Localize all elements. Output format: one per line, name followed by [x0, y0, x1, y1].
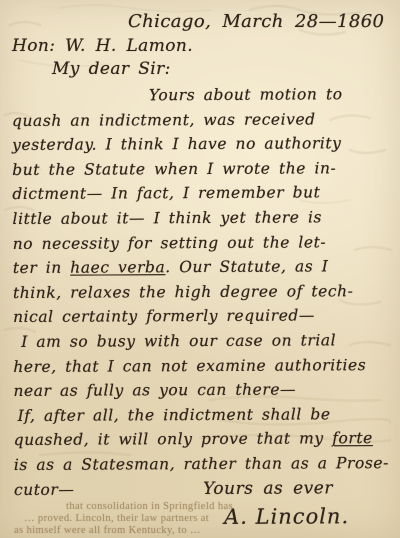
body-line: ter in haec verba. Our Statute, as I: [13, 254, 400, 281]
signature: A. Lincoln.: [1, 501, 349, 533]
body-line: quashed, it will only prove that my fort…: [14, 426, 400, 453]
body-line: I am so busy with our case on trial: [21, 328, 400, 355]
letter-body: Yours about motion to quash an indictmen…: [0, 82, 400, 533]
body-line-text: ter in: [13, 259, 71, 277]
body-line: dictment— In fact, I remember but: [12, 180, 399, 207]
body-line: cutor—: [14, 477, 75, 502]
salutation: My dear Sir:: [52, 58, 400, 81]
body-line: near as fully as you can there—: [13, 377, 400, 404]
dateline: Chicago, March 28—1860: [128, 0, 400, 35]
body-line: think, relaxes the high degree of tech-: [13, 279, 400, 306]
closing-row: cutor— Yours as ever: [1, 475, 400, 502]
body-line: is as a Statesman, rather than as a Pros…: [14, 451, 400, 478]
closing: Yours as ever: [203, 476, 333, 502]
body-line: little about it— I think yet there is: [12, 205, 399, 232]
body-line: Yours about motion to: [149, 82, 399, 108]
body-line: If, after all, the indictment shall be: [18, 402, 400, 429]
body-line: but the Statute when I wrote the in-: [12, 156, 399, 183]
recipient-line: Hon: W. H. Lamon.: [12, 35, 400, 58]
body-line: quash an indictment, was received: [12, 107, 399, 134]
letter-ink-layer: Chicago, March 28—1860 Hon: W. H. Lamon.…: [0, 0, 400, 532]
letter-page: that consolidation in Springfield has … …: [0, 0, 400, 538]
underlined-word: haec verba: [70, 258, 165, 276]
body-line-text: quashed, it will only prove that my: [14, 430, 333, 450]
body-line: nical certainty formerly required—: [13, 303, 400, 330]
body-line-text: . Our Statute, as I: [165, 257, 328, 276]
body-line: no necessity for setting out the let-: [13, 230, 400, 257]
body-line: yesterday. I think I have no authority: [12, 131, 399, 158]
underlined-word: forte: [332, 429, 373, 447]
body-line: here, that I can not examine authorities: [13, 352, 400, 379]
